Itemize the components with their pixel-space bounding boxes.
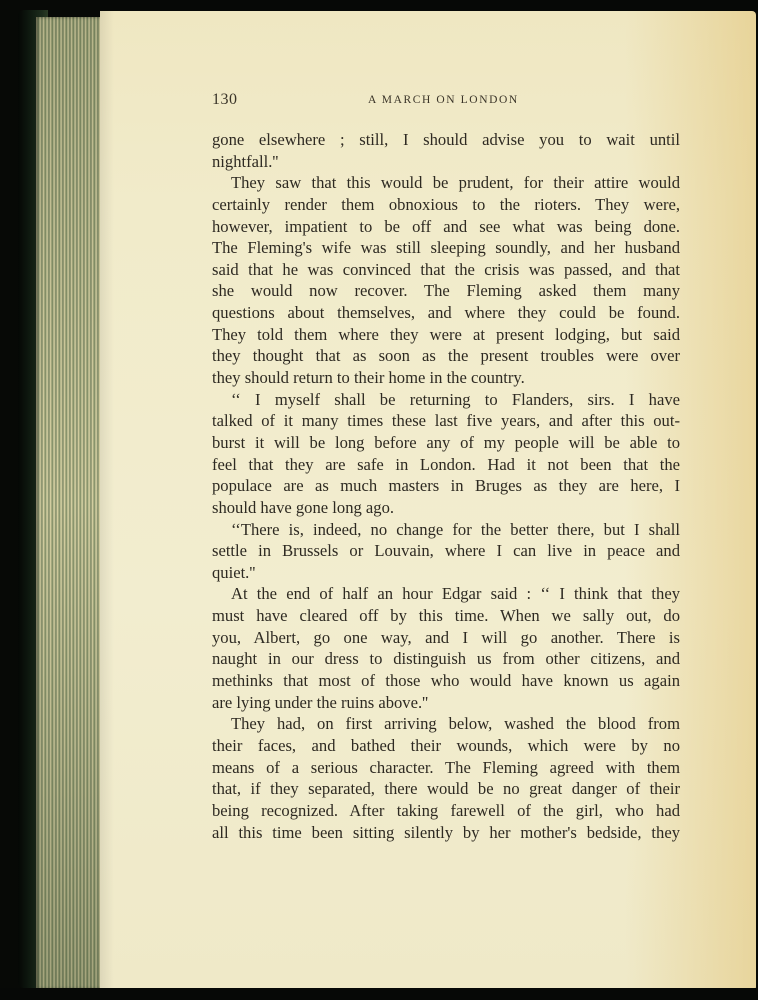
text-line: should have gone long ago. bbox=[212, 497, 680, 519]
page-number: 130 bbox=[212, 91, 238, 109]
running-head: 130 A MARCH ON LONDON bbox=[212, 91, 680, 111]
text-line: however, impatient to be off and see wha… bbox=[212, 216, 680, 238]
text-line: burst it will be long before any of my p… bbox=[212, 432, 680, 454]
text-line: certainly render them obnoxious to the r… bbox=[212, 194, 680, 216]
text-line: They saw that this would be prudent, for… bbox=[212, 172, 680, 194]
text-line: all this time been sitting silently by h… bbox=[212, 822, 680, 844]
text-line: means of a serious character. The Flemin… bbox=[212, 757, 680, 779]
text-line: naught in our dress to distinguish us fr… bbox=[212, 648, 680, 670]
text-line: populace are as much masters in Bruges a… bbox=[212, 475, 680, 497]
body-text: gone elsewhere ; still, I should advise … bbox=[212, 129, 680, 843]
page-stack-edges bbox=[36, 17, 102, 989]
text-line: nightfall.'' bbox=[212, 151, 680, 173]
text-line: they thought that as soon as the present… bbox=[212, 345, 680, 367]
text-line: The Fleming's wife was still sleeping so… bbox=[212, 237, 680, 259]
text-line: their faces, and bathed their wounds, wh… bbox=[212, 735, 680, 757]
text-line: gone elsewhere ; still, I should advise … bbox=[212, 129, 680, 151]
text-line: ‘‘There is, indeed, no change for the be… bbox=[212, 519, 680, 541]
text-line: At the end of half an hour Edgar said : … bbox=[212, 583, 680, 605]
text-line: ‘‘ I myself shall be returning to Flande… bbox=[212, 389, 680, 411]
text-line: quiet.'' bbox=[212, 562, 680, 584]
text-line: you, Albert, go one way, and I will go a… bbox=[212, 627, 680, 649]
text-line: They told them where they were at presen… bbox=[212, 324, 680, 346]
text-line: settle in Brussels or Louvain, where I c… bbox=[212, 540, 680, 562]
text-line: she would now recover. The Fleming asked… bbox=[212, 280, 680, 302]
book-scan: 130 A MARCH ON LONDON gone elsewhere ; s… bbox=[0, 0, 758, 1000]
text-line: talked of it many times these last five … bbox=[212, 410, 680, 432]
running-title: A MARCH ON LONDON bbox=[368, 94, 519, 106]
text-line: questions about themselves, and where th… bbox=[212, 302, 680, 324]
text-line: being recognized. After taking farewell … bbox=[212, 800, 680, 822]
bottom-background bbox=[0, 988, 758, 1000]
text-line: must have cleared off by this time. When… bbox=[212, 605, 680, 627]
text-line: feel that they are safe in London. Had i… bbox=[212, 454, 680, 476]
text-line: methinks that most of those who would ha… bbox=[212, 670, 680, 692]
text-line: that, if they separated, there would be … bbox=[212, 778, 680, 800]
text-line: are lying under the ruins above.'' bbox=[212, 692, 680, 714]
text-line: They had, on first arriving below, washe… bbox=[212, 713, 680, 735]
text-line: they should return to their home in the … bbox=[212, 367, 680, 389]
text-line: said that he was convinced that the cris… bbox=[212, 259, 680, 281]
